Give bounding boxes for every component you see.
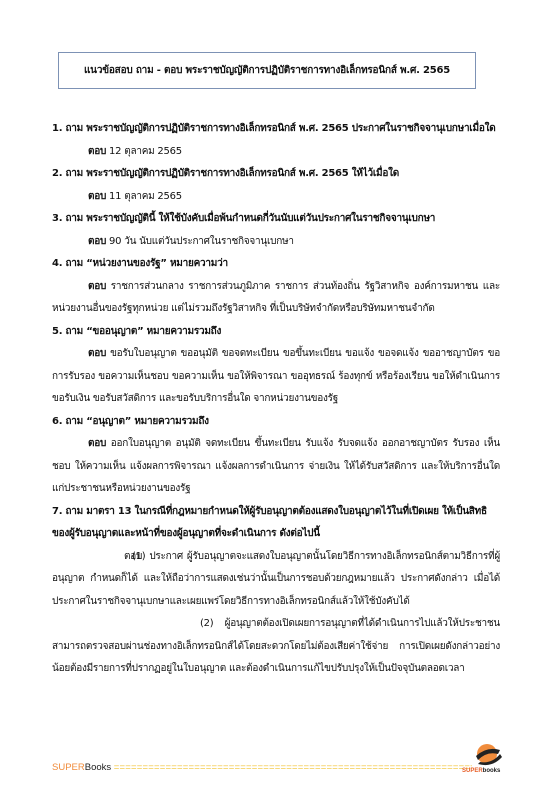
footer-brand-super: SUPER [52, 762, 85, 773]
question-1: 1. ถาม พระราชบัญญัติการปฏิบัติราชการทางอ… [52, 118, 500, 141]
question-3: 3. ถาม พระราชบัญญัตินี้ ให้ใช้บังคับเมื่… [52, 208, 500, 231]
footer-brand-bar: SUPERBooks =============================… [52, 762, 472, 773]
answer-4: ตอบ ราชการส่วนกลาง ราชการส่วนภูมิภาค ราช… [52, 276, 500, 321]
answer-7-part-2: (2) ผู้อนุญาตต้องเปิดเผยการอนุญาตที่ได้ด… [52, 613, 500, 681]
answer-6: ตอบ ออกใบอนุญาต อนุมัติ จดทะเบียน ขึ้นทะ… [52, 433, 500, 501]
qa-content: 1. ถาม พระราชบัญญัติการปฏิบัติราชการทางอ… [52, 118, 500, 681]
answer-2: ตอบ 11 ตุลาคม 2565 [52, 186, 500, 209]
answer-label: ตอบ [88, 236, 106, 247]
answer-label: ตอบ [88, 546, 132, 569]
answer-label: ตอบ [88, 191, 106, 202]
answer-label: ตอบ [88, 281, 106, 292]
answer-label: ตอบ [88, 348, 106, 359]
question-2: 2. ถาม พระราชบัญญัติการปฏิบัติราชการทางอ… [52, 163, 500, 186]
question-7: 7. ถาม มาตรา 13 ในกรณีที่กฎหมายกำหนดให้ผ… [52, 501, 500, 546]
answer-label: ตอบ [88, 438, 106, 449]
answer-1: ตอบ 12 ตุลาคม 2565 [52, 141, 500, 164]
answer-5: ตอบ ขอรับใบอนุญาต ขออนุมัติ ขอจดทะเบียน … [52, 343, 500, 411]
document-title-box: แนวข้อสอบ ถาม - ตอบ พระราชบัญญัติการปฏิบ… [58, 52, 476, 89]
footer-separator: ========================================… [114, 762, 472, 773]
logo-wordmark: SUPERbooks [462, 768, 500, 774]
question-5: 5. ถาม “ขออนุญาต” หมายความรวมถึง [52, 321, 500, 344]
superbooks-logo-icon [462, 742, 522, 782]
footer-brand-books: Books [85, 762, 111, 773]
answer-label: ตอบ [88, 146, 106, 157]
question-6: 6. ถาม “อนุญาต” หมายความรวมถึง [52, 411, 500, 434]
document-title: แนวข้อสอบ ถาม - ตอบ พระราชบัญญัติการปฏิบ… [84, 63, 450, 78]
answer-3: ตอบ 90 วัน นับแต่วันประกาศในราชกิจจานุเบ… [52, 231, 500, 254]
answer-7-part-1: ตอบ(1) ประกาศ ผู้รับอนุญาตจะแสดงใบอนุญาต… [52, 546, 500, 614]
question-4: 4. ถาม “หน่วยงานของรัฐ” หมายความว่า [52, 253, 500, 276]
